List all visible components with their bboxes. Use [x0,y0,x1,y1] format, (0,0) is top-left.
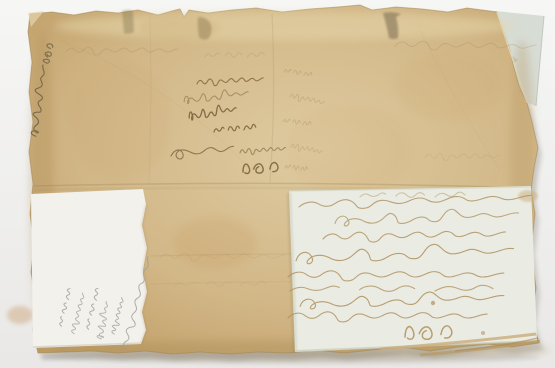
manuscript-photo-canvas [0,0,555,368]
smudge-mark [122,10,134,34]
slip-paper [31,189,147,348]
label-paper [289,186,537,352]
label-ink-spot [431,301,435,305]
stain [7,306,33,324]
dealer-label [288,186,538,352]
collector-slip [31,189,153,350]
photo-of-manuscript [0,0,555,368]
stain [395,50,505,120]
stain [70,60,170,180]
label-ink-spot [481,331,485,335]
stain [173,217,257,269]
